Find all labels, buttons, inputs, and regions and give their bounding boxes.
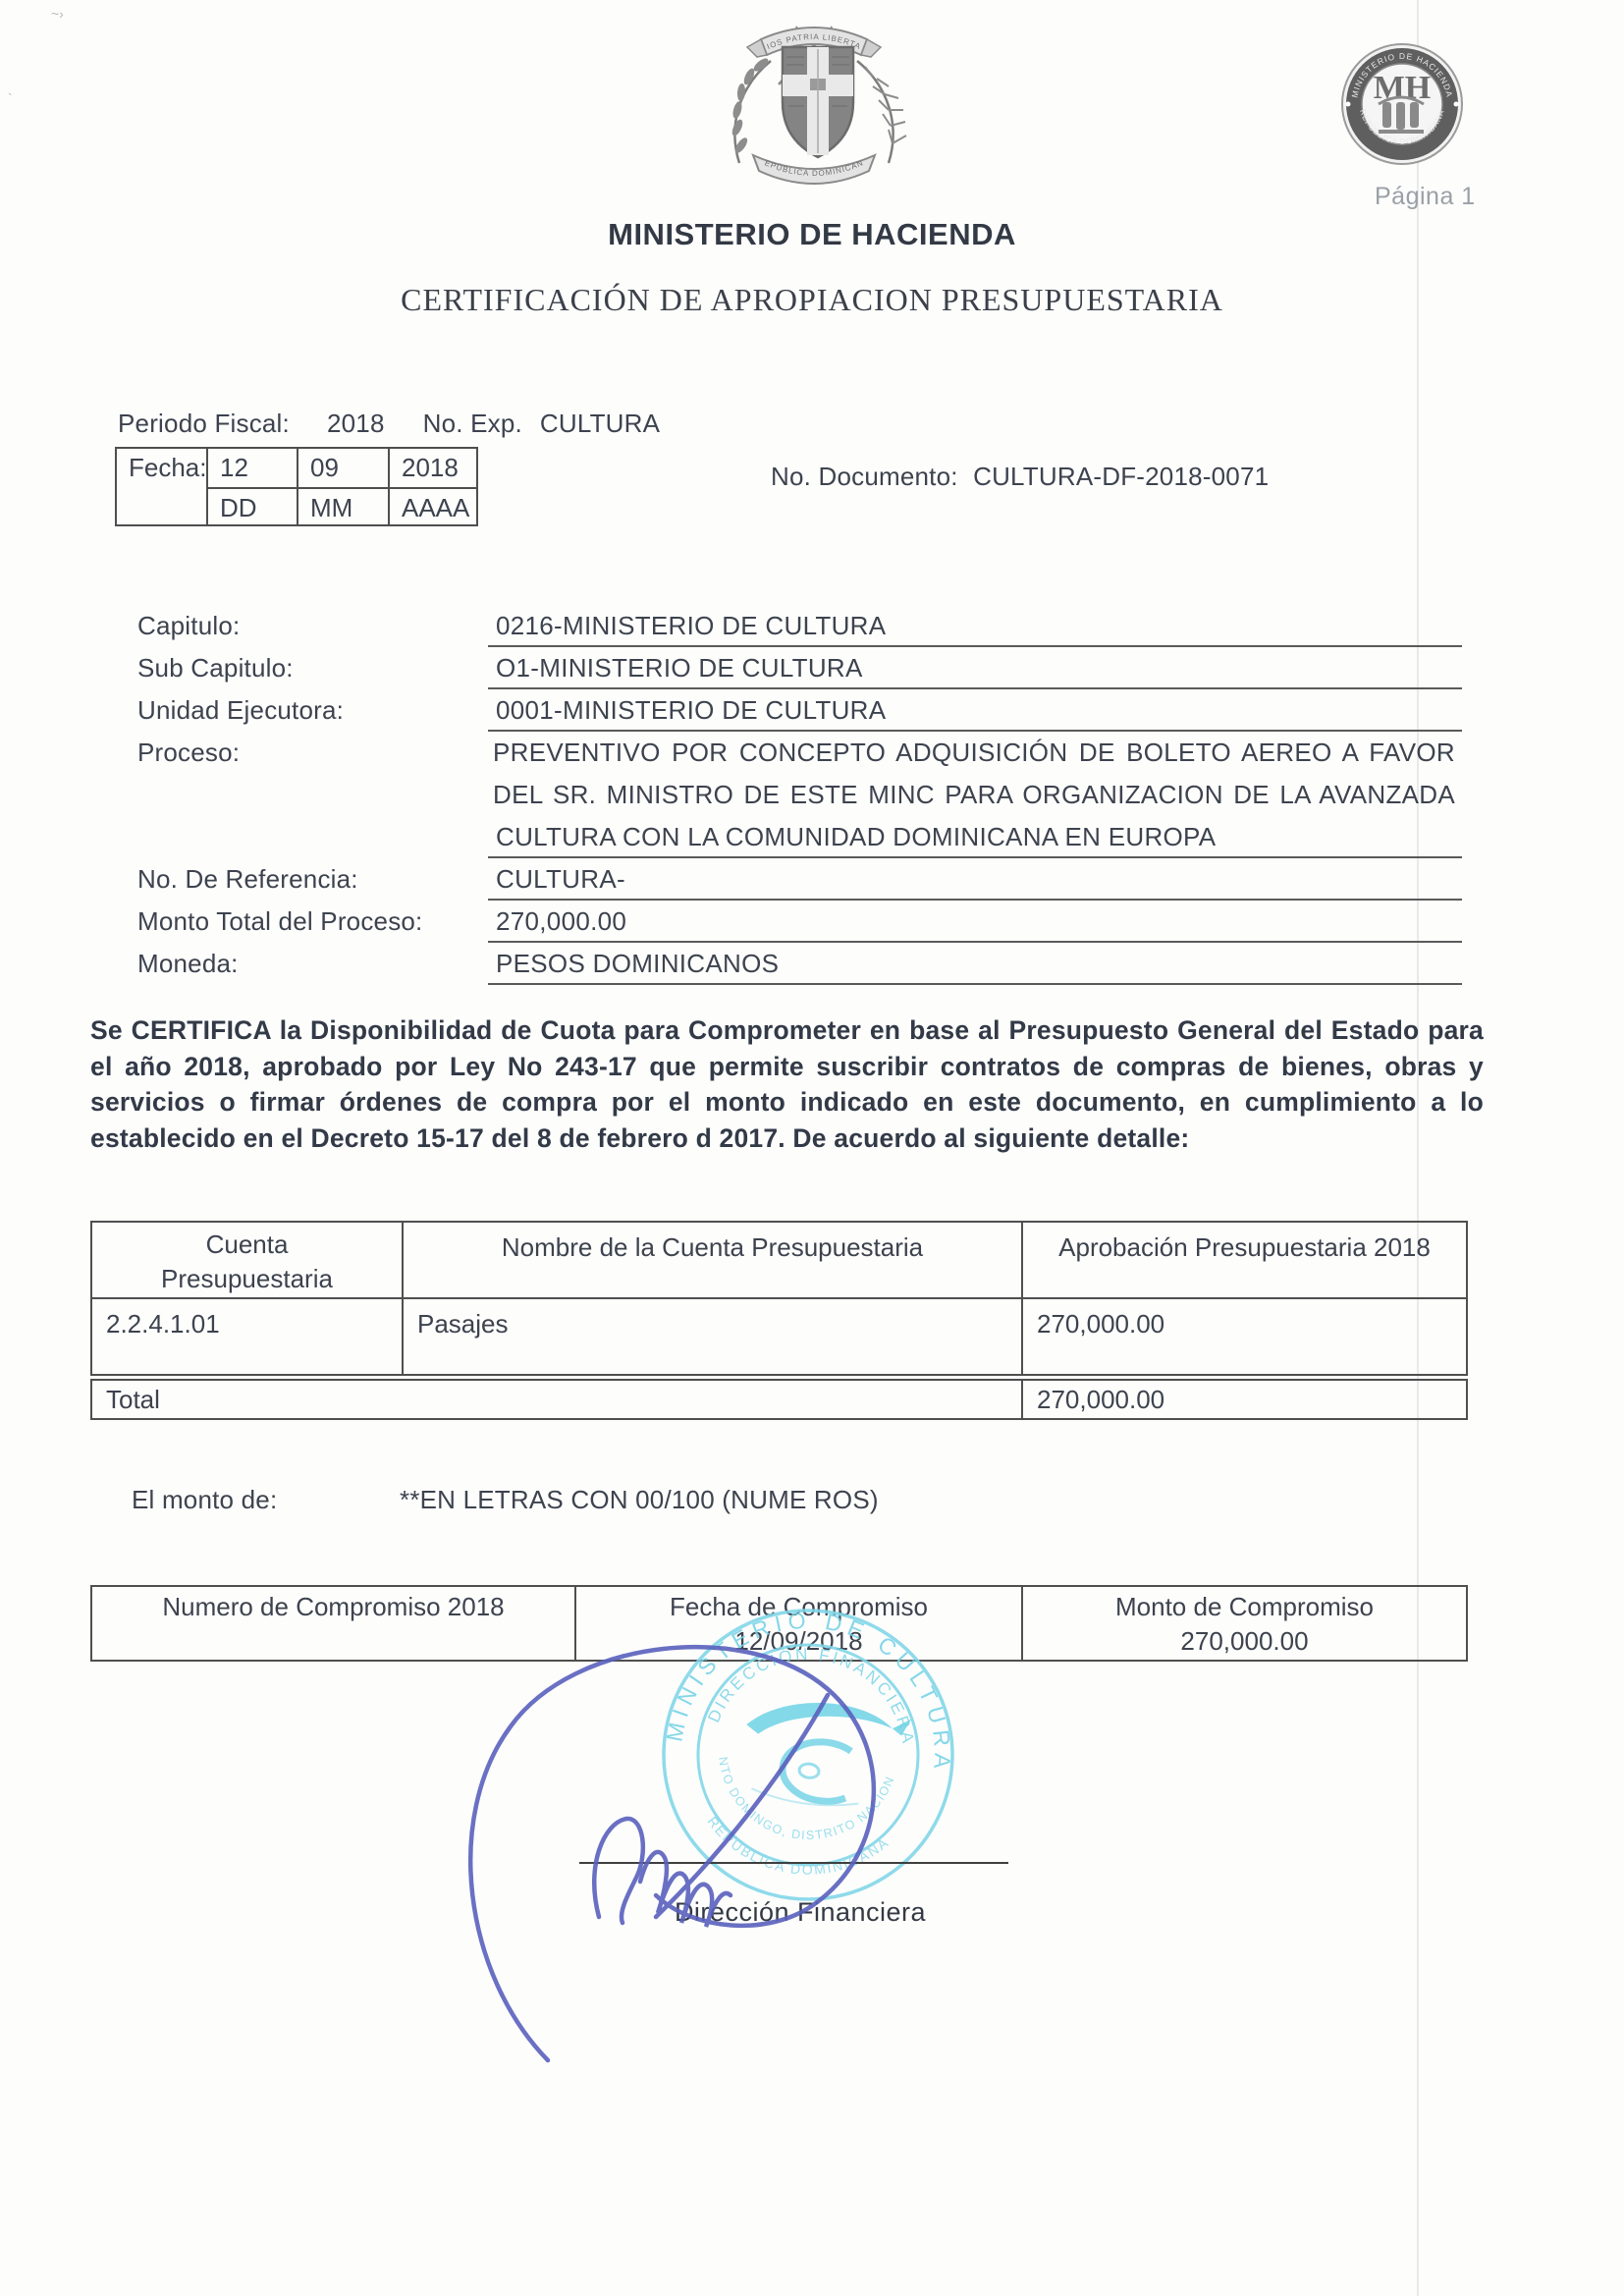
compromiso-monto-value: 270,000.00 [1023, 1624, 1466, 1659]
proceso-line3: CULTURA CON LA COMUNIDAD DOMINICANA EN E… [496, 822, 1216, 852]
field-underline [488, 941, 1462, 943]
fecha-table: Fecha: 12 09 2018 DD MM AAAA [115, 447, 478, 526]
unidad-ejecutora-label: Unidad Ejecutora: [137, 695, 344, 726]
compromiso-monto-cell: Monto de Compromiso 270,000.00 [1023, 1587, 1466, 1660]
field-underline [488, 983, 1462, 985]
budget-row-aprobacion: 270,000.00 [1037, 1309, 1164, 1339]
budget-col2-header: Nombre de la Cuenta Presupuestaria [404, 1232, 1021, 1263]
referencia-value: CULTURA- [496, 864, 625, 895]
referencia-label: No. De Referencia: [137, 864, 358, 895]
field-underline [488, 899, 1462, 901]
budget-table: Cuenta Presupuestaria Nombre de la Cuent… [90, 1221, 1468, 1376]
stamp-outer-bottom-text: REPÚBLICA DOMINICANA [699, 1812, 893, 1887]
field-underline [488, 856, 1462, 858]
monto-en-letras-value: **EN LETRAS CON 00/100 (NUME ROS) [400, 1485, 879, 1515]
table-divider [92, 1297, 1466, 1299]
budget-col1-header: Cuenta Presupuestaria [92, 1228, 402, 1296]
compromiso-numero-header: Numero de Compromiso 2018 [92, 1587, 574, 1660]
fecha-mm-label: MM [298, 487, 390, 524]
proceso-label: Proceso: [137, 738, 240, 768]
compromiso-fecha-cell: Fecha de Compromiso 12/09/2018 [576, 1587, 1021, 1660]
capitulo-value: 0216-MINISTERIO DE CULTURA [496, 611, 886, 641]
sub-capitulo-value: O1-MINISTERIO DE CULTURA [496, 653, 863, 683]
fecha-aaaa-value: 2018 [390, 449, 476, 487]
budget-total-label: Total [106, 1385, 160, 1415]
scan-speck: ~› [51, 6, 64, 22]
certification-paragraph: Se CERTIFICA la Disponibilidad de Cuota … [90, 1012, 1484, 1156]
fecha-dd-value: 12 [208, 449, 298, 487]
proceso-line2: DEL SR. MINISTRO DE ESTE MINC PARA ORGAN… [493, 780, 1455, 810]
no-documento-value: CULTURA-DF-2018-0071 [973, 462, 1269, 491]
capitulo-label: Capitulo: [137, 611, 240, 641]
budget-row-cuenta: 2.2.4.1.01 [106, 1309, 220, 1339]
no-exp-label: No. Exp. [423, 409, 522, 438]
moneda-label: Moneda: [137, 949, 239, 979]
budget-total-value: 270,000.00 [1037, 1385, 1164, 1415]
fecha-label: Fecha: [117, 449, 207, 483]
no-documento-row: No. Documento: CULTURA-DF-2018-0071 [771, 462, 1269, 492]
compromiso-table: Numero de Compromiso 2018 Fecha de Compr… [90, 1585, 1468, 1662]
mh-seal-icon: MINISTERIO DE HACIENDA REPÚBLICA DOMINIC… [1339, 41, 1465, 167]
proceso-line1: PREVENTIVO POR CONCEPTO ADQUISICIÓN DE B… [493, 738, 1455, 768]
field-underline [488, 645, 1462, 647]
monto-total-value: 270,000.00 [496, 906, 626, 937]
no-exp-value: CULTURA [540, 409, 660, 438]
scanned-document-page: ~› ` DIOS PATRIA LIBERTAD [0, 0, 1624, 2296]
fecha-dd-label: DD [208, 487, 298, 524]
moneda-value: PESOS DOMINICANOS [496, 949, 779, 979]
budget-row-nombre: Pasajes [417, 1309, 509, 1339]
svg-text:REPÚBLICA DOMINICANA: REPÚBLICA DOMINICANA [699, 1812, 893, 1887]
field-underline [488, 687, 1462, 689]
periodo-fiscal-value: 2018 [327, 409, 385, 438]
periodo-fiscal-row: Periodo Fiscal:2018No. Exp.CULTURA [118, 409, 660, 439]
page-number: Página 1 [1375, 183, 1476, 211]
unidad-ejecutora-value: 0001-MINISTERIO DE CULTURA [496, 695, 886, 726]
budget-total-row: Total 270,000.00 [90, 1379, 1468, 1420]
coat-of-arms-icon: DIOS PATRIA LIBERTAD [710, 8, 918, 185]
monto-en-letras-label: El monto de: [132, 1485, 277, 1515]
table-divider [1021, 1381, 1023, 1418]
fecha-mm-value: 09 [298, 449, 390, 487]
scan-speck: ` [8, 90, 13, 106]
signature-line [579, 1862, 1008, 1864]
compromiso-fecha-value: 12/09/2018 [576, 1624, 1021, 1659]
signature-icon [432, 1620, 1001, 2082]
monto-total-label: Monto Total del Proceso: [137, 906, 422, 937]
periodo-fiscal-label: Periodo Fiscal: [118, 409, 290, 438]
ministry-title: MINISTERIO DE HACIENDA [0, 217, 1624, 252]
signature-title: Dirección Financiera [0, 1897, 1600, 1928]
fecha-aaaa-label: AAAA [390, 487, 476, 524]
field-underline [488, 730, 1462, 732]
document-title: CERTIFICACIÓN DE APROPIACION PRESUPUESTA… [0, 282, 1624, 318]
sub-capitulo-label: Sub Capitulo: [137, 653, 294, 683]
no-documento-label: No. Documento: [771, 462, 958, 491]
budget-col3-header: Aprobación Presupuestaria 2018 [1023, 1232, 1466, 1263]
